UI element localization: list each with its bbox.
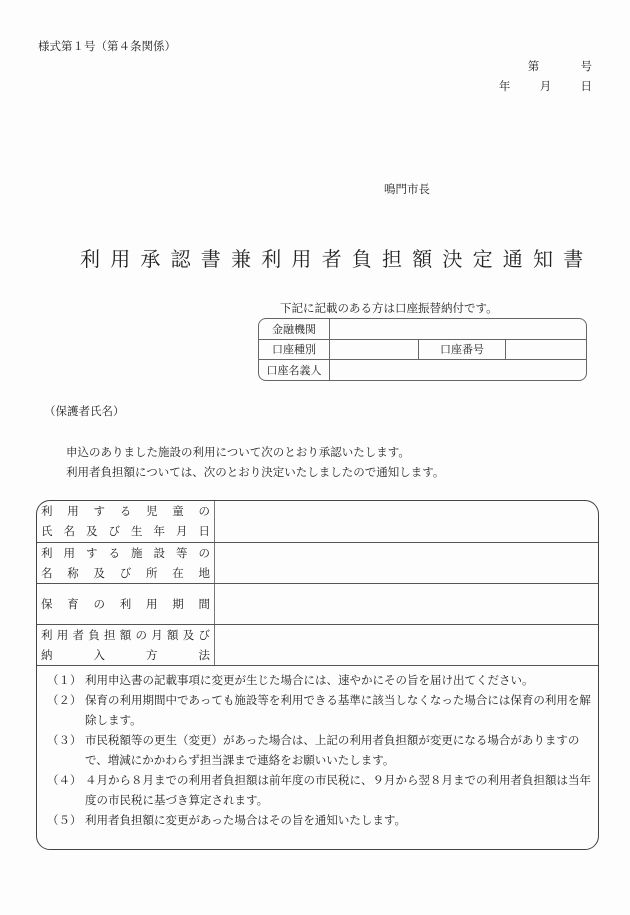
account-type-field[interactable]	[330, 339, 419, 360]
document-title: 利用承認書兼利用者負担額決定通知書	[80, 243, 593, 272]
bank-row-holder: 口座名義人	[259, 360, 586, 380]
table-row-monthly-fee-payment: 利用者負担額の月額及び納入方法	[37, 624, 598, 665]
table-row-facility-name-address: 利用する施設等の名称及び所在地	[37, 542, 598, 583]
note-number: （２）	[47, 690, 85, 730]
table-row-childcare-period: 保育の利用期間	[37, 583, 598, 624]
label-line: 氏名及び生年月日	[41, 521, 214, 541]
facility-name-address-field[interactable]	[215, 542, 599, 583]
label-line: 納入方法	[41, 645, 214, 665]
note-text: 利用申込書の記載事項に変更が生じた場合には、速やかにその旨を届け出てください。	[85, 670, 593, 690]
fee-decision-message: 利用者負担額については、次のとおり決定いたしましたので通知します。	[66, 464, 444, 480]
date-day: 日	[581, 78, 593, 94]
note-text: 保育の利用期間中であっても施設等を利用できる基準に該当しなくなった場合には保育の…	[85, 690, 593, 730]
label-line: 保育の利用期間	[41, 594, 214, 614]
doc-number-suffix: 号	[581, 58, 593, 74]
note-number: （３）	[47, 730, 85, 770]
facility-name-address-label: 利用する施設等の名称及び所在地	[37, 542, 215, 583]
label-line: 名称及び所在地	[41, 563, 214, 583]
childcare-period-label: 保育の利用期間	[37, 583, 215, 624]
bank-institution-field[interactable]	[330, 319, 587, 339]
account-holder-label: 口座名義人	[259, 360, 330, 380]
account-number-label: 口座番号	[419, 339, 506, 360]
account-number-field[interactable]	[506, 339, 587, 360]
approval-message: 申込のありました施設の利用について次のとおり承認いたします。	[66, 444, 410, 460]
bank-transfer-note: 下記に記載のある方は口座振替納付です。	[280, 300, 498, 316]
note-item: （４）４月から８月までの利用者負担額は前年度の市民税に、９月から翌８月までの利用…	[47, 770, 598, 810]
main-details-box: 利用する児童の氏名及び生年月日利用する施設等の名称及び所在地保育の利用期間利用者…	[36, 500, 599, 850]
bank-account-box: 金融機関 口座種別 口座番号 口座名義人	[258, 318, 587, 381]
note-number: （５）	[47, 810, 85, 830]
account-holder-field[interactable]	[330, 360, 587, 380]
monthly-fee-payment-field[interactable]	[215, 624, 599, 665]
childcare-period-field[interactable]	[215, 583, 599, 624]
note-text: 利用者負担額に変更があった場合はその旨を通知いたします。	[85, 810, 593, 830]
bank-institution-label: 金融機関	[259, 319, 330, 339]
note-item: （２）保育の利用期間中であっても施設等を利用できる基準に該当しなくなった場合には…	[47, 690, 598, 730]
child-name-birthdate-field[interactable]	[215, 501, 599, 542]
guardian-name-label: （保護者氏名）	[44, 403, 125, 419]
note-item: （１）利用申込書の記載事項に変更が生じた場合には、速やかにその旨を届け出てくださ…	[47, 670, 598, 690]
date-month: 月	[540, 78, 552, 94]
document-number: 第 号	[528, 58, 592, 74]
label-line: 利用する施設等の	[41, 543, 214, 563]
form-number: 様式第１号（第４条関係）	[38, 38, 176, 54]
doc-number-prefix: 第	[528, 58, 540, 74]
issue-date: 年 月 日	[499, 78, 592, 94]
note-number: （４）	[47, 770, 85, 810]
note-number: （１）	[47, 670, 85, 690]
note-text: 市民税額等の更生（変更）があった場合は、上記の利用者負担額が変更になる場合があり…	[85, 730, 593, 770]
monthly-fee-payment-label: 利用者負担額の月額及び納入方法	[37, 624, 215, 665]
date-year: 年	[499, 78, 511, 94]
sender-name: 鳴門市長	[384, 181, 430, 197]
table-row-child-name-birthdate: 利用する児童の氏名及び生年月日	[37, 501, 598, 542]
label-line: 利用者負担額の月額及び	[41, 625, 214, 645]
bank-row-type-number: 口座種別 口座番号	[259, 339, 586, 360]
account-type-label: 口座種別	[259, 339, 330, 360]
details-table: 利用する児童の氏名及び生年月日利用する施設等の名称及び所在地保育の利用期間利用者…	[37, 501, 598, 666]
label-line: 利用する児童の	[41, 501, 214, 521]
child-name-birthdate-label: 利用する児童の氏名及び生年月日	[37, 501, 215, 542]
note-item: （５）利用者負担額に変更があった場合はその旨を通知いたします。	[47, 810, 598, 830]
notes-list: （１）利用申込書の記載事項に変更が生じた場合には、速やかにその旨を届け出てくださ…	[37, 666, 598, 830]
bank-row-institution: 金融機関	[259, 319, 586, 339]
note-item: （３）市民税額等の更生（変更）があった場合は、上記の利用者負担額が変更になる場合…	[47, 730, 598, 770]
note-text: ４月から８月までの利用者負担額は前年度の市民税に、９月から翌８月までの利用者負担…	[85, 770, 593, 810]
